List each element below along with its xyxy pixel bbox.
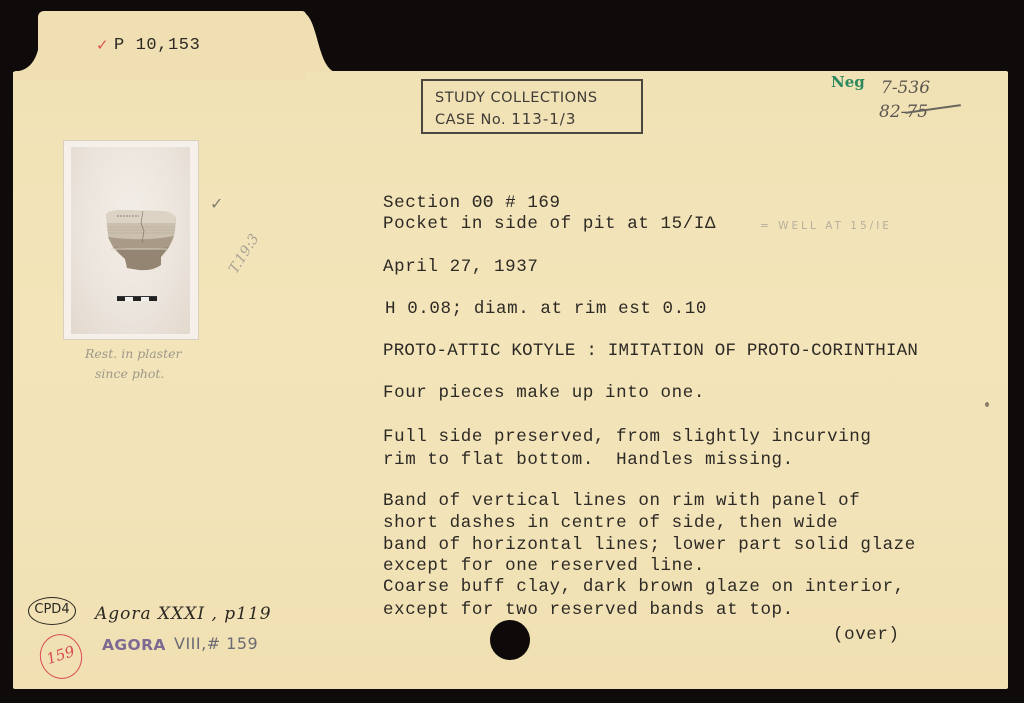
stamp-line-1: STUDY COLLECTIONS	[435, 88, 641, 109]
description-line-2: short dashes in centre of side, then wid…	[383, 513, 838, 535]
section-line: Section ΘΘ # 169	[383, 193, 561, 215]
kotyle-image	[103, 209, 179, 277]
preservation-line-2: rim to flat bottom. Handles missing.	[383, 450, 794, 472]
pencil-check-icon: ✓	[210, 194, 223, 213]
ink-spot	[985, 402, 989, 407]
negative-number-1: 7-536	[881, 78, 930, 98]
stamp-line-2: CASE No. 113-1/3	[435, 109, 641, 131]
description-line-6: except for two reserved bands at top.	[383, 600, 794, 622]
agora-volume-reference: VIII,# 159	[174, 634, 258, 653]
card-tab-left-edge	[13, 50, 43, 80]
agora-publication-reference: Agora XXXI , p119	[95, 604, 272, 624]
photo-print	[71, 147, 190, 334]
inventory-number: P 10,153	[114, 35, 200, 57]
description-line-5: Coarse buff clay, dark brown glaze on in…	[383, 577, 905, 599]
negative-number-2: 82-75	[879, 102, 928, 122]
red-check-icon: ✓	[96, 36, 109, 54]
date-line: April 27, 1937	[383, 257, 538, 279]
agora-stamp: AGORA	[102, 636, 166, 654]
restoration-note-line-1: Rest. in plaster	[85, 346, 181, 361]
findspot-pencil-note: = WELL AT 15/IE	[760, 220, 892, 232]
punch-hole	[490, 620, 530, 660]
cpd-label: CPD4	[28, 597, 76, 625]
findspot-line: Pocket in side of pit at 15/IΔ	[383, 214, 716, 236]
condition-line: Four pieces make up into one.	[383, 383, 705, 405]
card-tab-edge	[290, 11, 338, 73]
stamp-case-number: 113-1/3	[511, 110, 576, 128]
dimensions-line: H 0.08; diam. at rim est 0.10	[385, 299, 707, 321]
artifact-photo	[64, 141, 198, 339]
description-line-1: Band of vertical lines on rim with panel…	[383, 491, 860, 513]
restoration-note-line-2: since phot.	[95, 366, 164, 381]
description-line-3: band of horizontal lines; lower part sol…	[383, 535, 916, 557]
negative-label: Neg	[831, 73, 865, 91]
stamp-case-prefix: CASE No.	[435, 112, 511, 128]
study-collections-stamp: STUDY COLLECTIONS CASE No. 113-1/3	[421, 79, 643, 134]
description-line-4: except for one reserved line.	[383, 556, 705, 578]
identification-line: PROTO-ATTIC KOTYLE : IMITATION OF PROTO-…	[383, 341, 918, 363]
over-note: (over)	[833, 625, 900, 647]
scale-bar	[117, 296, 157, 301]
preservation-line-1: Full side preserved, from slightly incur…	[383, 427, 871, 449]
